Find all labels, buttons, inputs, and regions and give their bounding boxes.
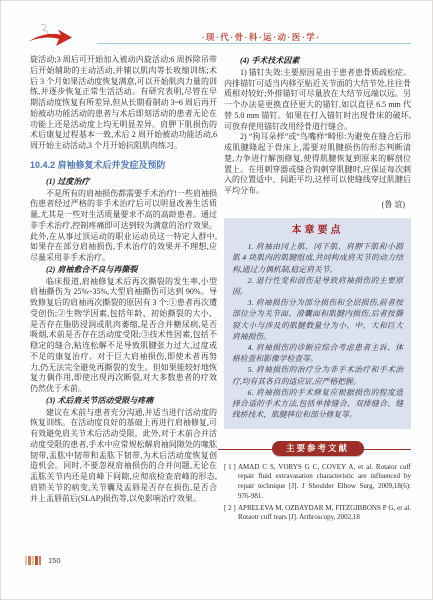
keypoint-item: 5. 肩袖损伤的治疗分为非手术治疗和手术治疗,均有其各自的适应证,应严格把握。 — [232, 364, 403, 386]
publisher-logo-icon — [27, 23, 73, 54]
reference-item: [ 2 ] APRELEVA M, OZBAYDAR M, FITZGIBBON… — [224, 504, 411, 524]
references-title-badge: 主要参考文献 — [272, 441, 364, 456]
right-column: (4) 手术技术因素 1) 锚钉失效:主要原因是由于患者患骨质疏松症。内排锚钉可… — [224, 55, 411, 525]
keypoint-item: 4. 肩袖损伤的诊断应综合考虑患者主诉、体格检查和影像学检查等。 — [232, 342, 403, 364]
subheading-2: (2) 肩袖愈合不良与再撕裂 — [30, 265, 217, 276]
references-header: 主要参考文献 — [224, 441, 411, 457]
keypoint-item: 3. 肩袖损伤分为部分损伤和全层损伤,前者按部位分为关节面、滑囊面和肌腱内损伤;… — [232, 297, 403, 342]
subheading-4: (4) 手术技术因素 — [224, 56, 411, 67]
header-rule — [97, 43, 411, 44]
body-paragraph: 旋活动;3 周后可开始加入被动内旋活动;6 周拆除吊带后开始辅助的主动活动,并辅… — [30, 55, 217, 152]
body-paragraph: 1) 锚钉失效:主要原因是由于患者患骨质疏松症。内排锚钉可适当内移至贴近关节面的… — [224, 68, 411, 133]
text-columns: 旋活动;3 周后可开始加入被动内旋活动;6 周拆除吊带后开始辅助的主动活动,并辅… — [30, 55, 411, 525]
subheading-1: (1) 过度治疗 — [30, 177, 217, 188]
page-header: ·现·代·骨·科·运·动·医·学· — [1, 23, 433, 49]
keypoint-item: 6. 肩袖损伤的手术修复应根据损伤的程度选择合适的手术方法,包括单排缝合、双排缝… — [232, 387, 403, 421]
page-footer: 150 — [25, 556, 61, 565]
left-column: 旋活动;3 周后可开始加入被动内旋活动;6 周拆除吊带后开始辅助的主动活动,并辅… — [30, 55, 217, 525]
chapter-keypoints-box: 本章要点 1. 肩袖由冈上肌、冈下肌、肩胛下肌和小圆肌 4 块肌肉的肌腱组成,共… — [224, 218, 411, 429]
body-paragraph: 临床报道,肩袖修复术后再次撕裂的发生率,小型肩袖撕伤为 25%~35%,大型肩袖… — [30, 277, 217, 395]
body-paragraph: 2) “狗耳朵样”或“鸟嘴样”畸形:为避免在缝合后形成肌腱隆起于骨床上,需要对肌… — [224, 132, 411, 197]
running-head-title: ·现·代·骨·科·运·动·医·学· — [111, 31, 411, 43]
keypoints-title: 本章要点 — [232, 226, 403, 237]
subheading-3: (3) 术后肩关节活动受限与疼痛 — [30, 396, 217, 407]
reference-marker: [ 2 ] — [224, 504, 238, 524]
reference-item: [ 1 ] AMAD C S, VORYS G C, COVEY A, et a… — [224, 463, 411, 502]
reference-marker: [ 1 ] — [224, 463, 238, 502]
body-paragraph: 不是所有的肩袖损伤都需要手术治疗!一些肩袖损伤患者经过严格的非手术治疗后可以明显… — [30, 189, 217, 264]
reference-text: APRELEVA M, OZBAYDAR M, FITZGIBBONS P G,… — [238, 504, 411, 524]
body-paragraph: 建议在术前与患者充分沟通,并适当进行活动度的恢复训练。在活动度良好的基础上再进行… — [30, 408, 217, 505]
book-page: ·现·代·骨·科·运·动·医·学· 旋活动;3 周后可开始加入被动内旋活动;6 … — [0, 0, 433, 600]
page-number: 150 — [48, 556, 61, 565]
page-number-bars-icon — [25, 556, 42, 565]
author-signature: (鲁 谊) — [224, 200, 405, 211]
keypoint-item: 1. 肩袖由冈上肌、冈下肌、肩胛下肌和小圆肌 4 块肌肉的肌腱组成,共同构成肩关… — [232, 241, 403, 275]
keypoint-item: 2. 退行性变和创伤是导致肩袖损伤的主要原因。 — [232, 275, 403, 297]
reference-text: AMAD C S, VORYS G C, COVEY A, et al. Rot… — [238, 463, 411, 502]
section-heading-10-4-2: 10.4.2 肩袖修复术后并发症及预防 — [30, 159, 217, 171]
